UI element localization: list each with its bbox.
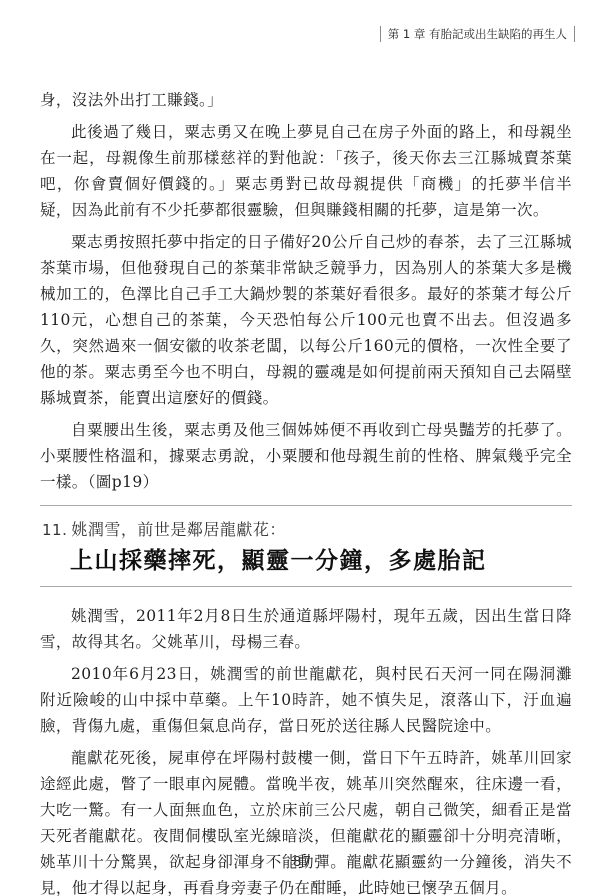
body-paragraph: 自粟腰出生後，粟志勇及他三個姊姊便不再收到亡母吳豔芳的托夢了。小粟腰性格溫和，據… — [40, 417, 572, 495]
body-paragraph: 姚潤雪，2011年2月8日生於通道縣坪陽村，現年五歲，因出生當日降雪，故得其名。… — [40, 603, 572, 655]
running-header: 第 1 章 有胎記或出生缺陷的再生人 — [0, 0, 605, 42]
section-heading: 11.姚潤雪，前世是鄰居龍獻花： — [42, 519, 570, 541]
body-paragraph: 此後過了幾日，粟志勇又在晚上夢見自己在房子外面的路上，和母親坐在一起，母親像生前… — [40, 119, 572, 223]
body-paragraph-continuation: 身，沒法外出打工賺錢。」 — [40, 87, 572, 113]
page-number: 87 — [0, 854, 605, 870]
body-paragraph: 龍獻花死後，屍車停在坪陽村鼓樓一側，當日下午五時許，姚革川回家途經此處，瞥了一眼… — [40, 745, 572, 896]
body-paragraph: 粟志勇按照托夢中指定的日子備好20公斤自己炒的春茶，去了三江縣城茶葉市場，但他發… — [40, 229, 572, 411]
chapter-title: 第 1 章 有胎記或出生缺陷的再生人 — [380, 26, 575, 42]
page-content: 身，沒法外出打工賺錢。」 此後過了幾日，粟志勇又在晚上夢見自己在房子外面的路上，… — [40, 87, 572, 896]
section-number: 11. — [42, 521, 67, 539]
section-heading-block: 11.姚潤雪，前世是鄰居龍獻花： 上山採藥摔死，顯靈一分鐘，多處胎記 — [40, 505, 572, 587]
section-subtitle: 上山採藥摔死，顯靈一分鐘，多處胎記 — [70, 545, 570, 577]
body-paragraph: 2010年6月23日，姚潤雪的前世龍獻花，與村民石天河一同在陽洞灘附近險峻的山中… — [40, 661, 572, 739]
book-page: 第 1 章 有胎記或出生缺陷的再生人 身，沒法外出打工賺錢。」 此後過了幾日，粟… — [0, 0, 605, 896]
section-title: 姚潤雪，前世是鄰居龍獻花： — [71, 520, 286, 539]
